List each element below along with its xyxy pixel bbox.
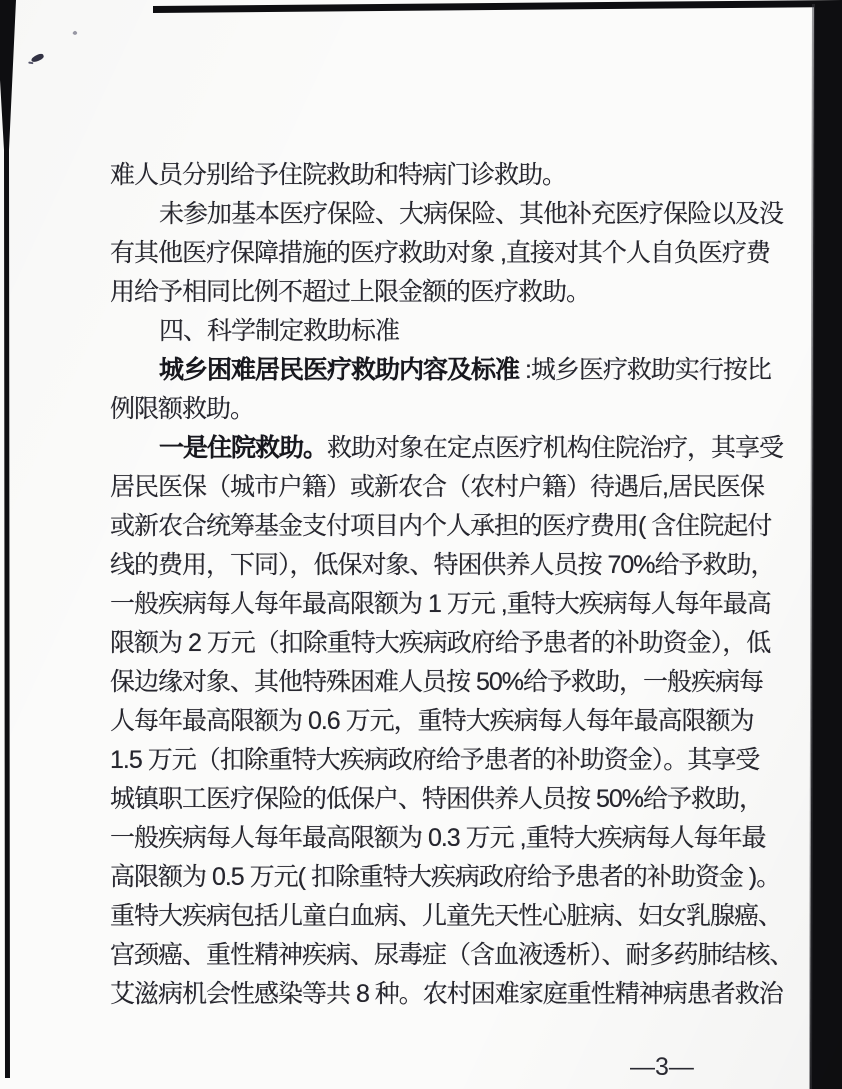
text-line: 重特大疾病包括儿童白血病、儿童先天性心脏病、妇女乳腺癌、: [110, 897, 800, 936]
scan-right-border: [810, 4, 842, 1089]
text-line: 未参加基本医疗保险、大病保险、其他补充医疗保险以及没: [110, 195, 800, 234]
text-line: 或新农合统筹基金支付项目内个人承担的医疗费用( 含住院起付: [110, 507, 800, 546]
scanned-document-page: 难人员分别给予住院救助和特病门诊救助。未参加基本医疗保险、大病保险、其他补充医疗…: [0, 0, 842, 1089]
text-line: 高限额为 0.5 万元( 扣除重特大疾病政府给予患者的补助资金 )。: [110, 858, 800, 897]
page-number: —3—: [630, 1053, 694, 1082]
text-line: 限额为 2 万元（扣除重特大疾病政府给予患者的补助资金），低: [110, 624, 800, 663]
text-line-bold-lead: 一是住院救助。: [159, 434, 327, 462]
text-line: 居民医保（城市户籍）或新农合（农村户籍）待遇后,居民医保: [110, 468, 800, 507]
text-line: 一般疾病每人每年最高限额为 0.3 万元 ,重特大疾病每人每年最: [110, 819, 800, 858]
scan-top-border: [153, 0, 842, 13]
ink-mark: [30, 53, 44, 63]
text-line: 四、科学制定救助标准: [110, 312, 800, 351]
text-line: 城乡困难居民医疗救助内容及标准 :城乡医疗救助实行按比: [110, 351, 800, 390]
text-line: 难人员分别给予住院救助和特病门诊救助。: [110, 156, 800, 195]
text-line: 用给予相同比例不超过上限金额的医疗救助。: [110, 273, 800, 312]
text-line: 保边缘对象、其他特殊困难人员按 50%给予救助，一般疾病每: [110, 663, 800, 702]
dust-speck: [72, 30, 78, 36]
text-line: 1.5 万元（扣除重特大疾病政府给予患者的补助资金）。其享受: [110, 741, 800, 780]
text-line: 有其他医疗保障措施的医疗救助对象 ,直接对其个人自负医疗费: [110, 234, 800, 273]
text-line: 例限额救助。: [110, 390, 800, 429]
text-line: 城镇职工医疗保险的低保户、特困供养人员按 50%给予救助，: [110, 780, 800, 819]
text-line-bold-lead: 城乡困难居民医疗救助内容及标准: [159, 356, 519, 384]
scan-left-border: [0, 0, 16, 1078]
document-lines: 难人员分别给予住院救助和特病门诊救助。未参加基本医疗保险、大病保险、其他补充医疗…: [110, 156, 800, 1014]
text-line: 一是住院救助。救助对象在定点医疗机构住院治疗，其享受: [110, 429, 800, 468]
text-line: 一般疾病每人每年最高限额为 1 万元 ,重特大疾病每人每年最高: [110, 585, 800, 624]
text-line: 线的费用，下同），低保对象、特困供养人员按 70%给予救助，: [110, 546, 800, 585]
text-line: 艾滋病机会性感染等共 8 种。农村困难家庭重性精神病患者救治: [110, 975, 800, 1014]
text-line: 宫颈癌、重性精神疾病、尿毒症（含血液透析）、耐多药肺结核、: [110, 936, 800, 975]
text-line: 人每年最高限额为 0.6 万元，重特大疾病每人每年最高限额为: [110, 702, 800, 741]
scan-right-border-edge: [809, 4, 815, 1089]
